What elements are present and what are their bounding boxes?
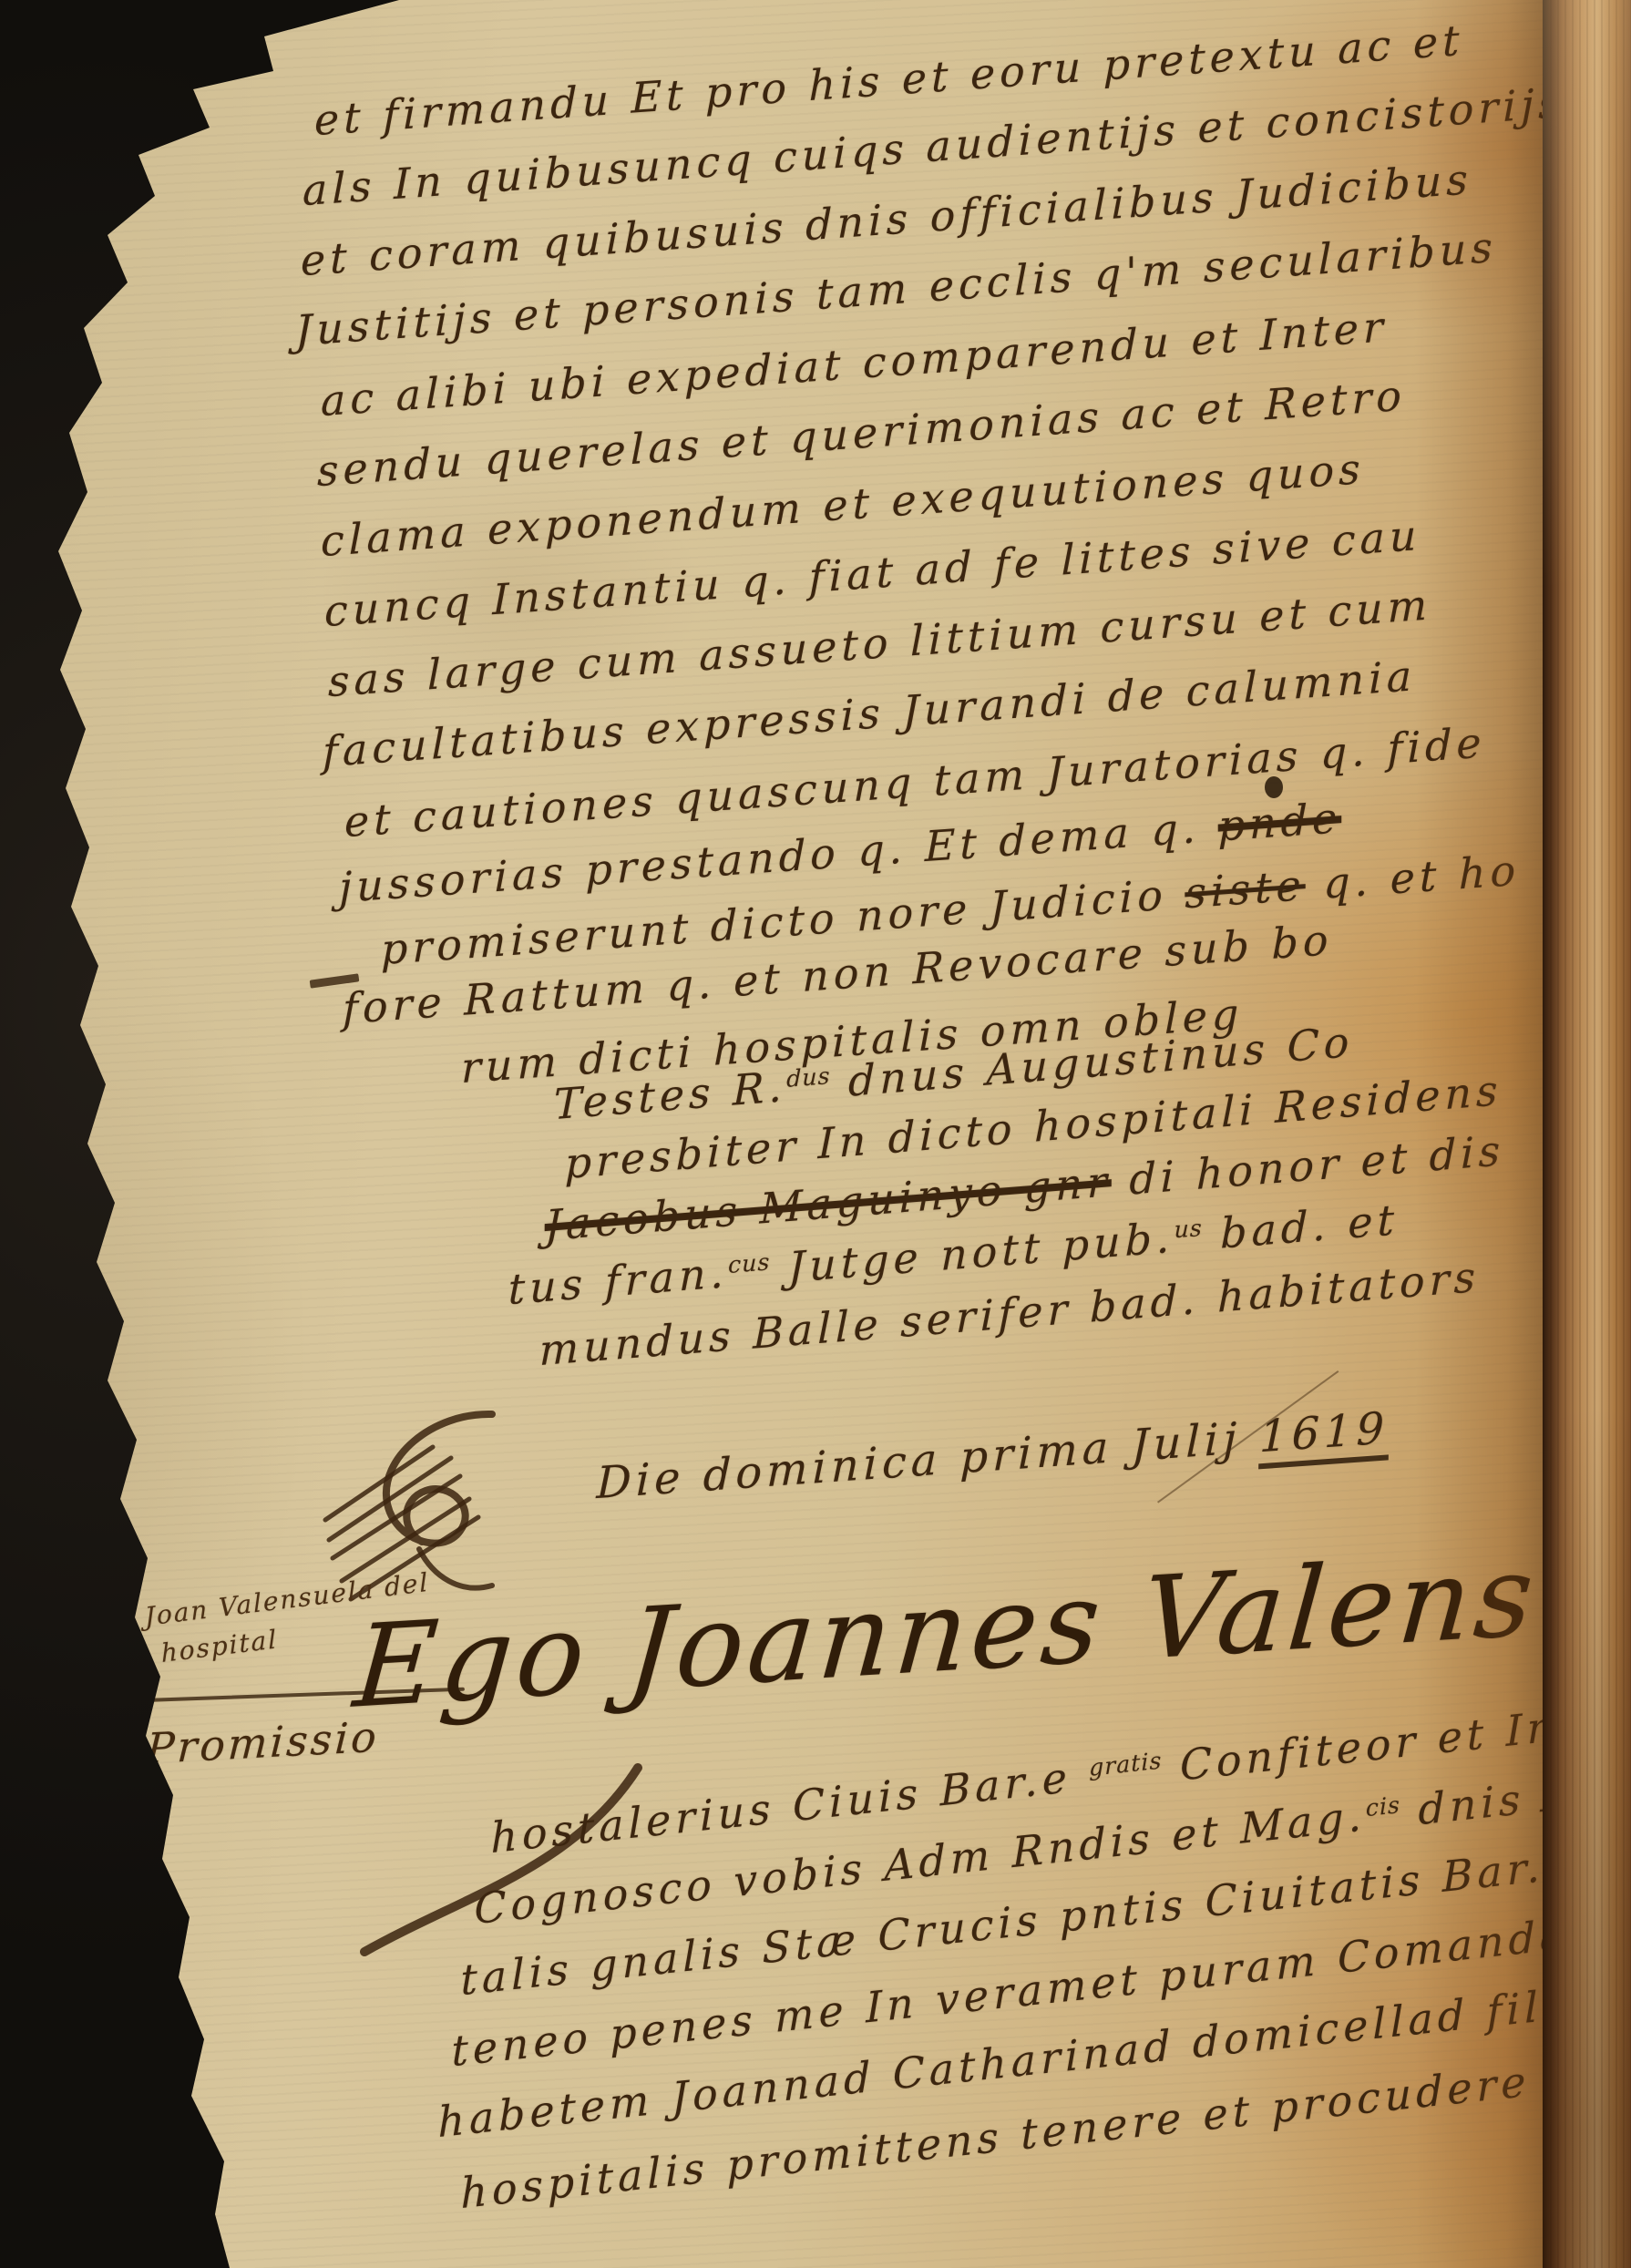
superscript-text: cus [728, 1248, 771, 1278]
superscript-text: us [1174, 1215, 1202, 1244]
page-fold-shadow [1417, 0, 1544, 2268]
margin-attribution: hospital [160, 1624, 279, 1668]
margin-text: Promissio [145, 1712, 380, 1774]
margin-text: hospital [160, 1624, 279, 1668]
struck-text: pnde [1218, 793, 1341, 851]
superscript-text: dus [786, 1062, 831, 1093]
book-gutter [1543, 0, 1631, 2268]
struck-text: siste [1185, 860, 1305, 918]
manuscript-photo: et firmandu Et pro his et eoru pretextu … [0, 0, 1631, 2268]
heading-swash [346, 1759, 656, 1968]
line-text: bad. et [1202, 1195, 1399, 1259]
line-text: tus fran. [508, 1247, 729, 1314]
date-text: Die dominica prima Julij [596, 1411, 1260, 1509]
ink-blot [1265, 776, 1283, 798]
margin-section-label: Promissio [145, 1712, 380, 1774]
superscript-text: cis [1366, 1791, 1401, 1822]
manuscript-page: et firmandu Et pro his et eoru pretextu … [0, 0, 1631, 2268]
superscript-text: gratis [1089, 1747, 1163, 1781]
